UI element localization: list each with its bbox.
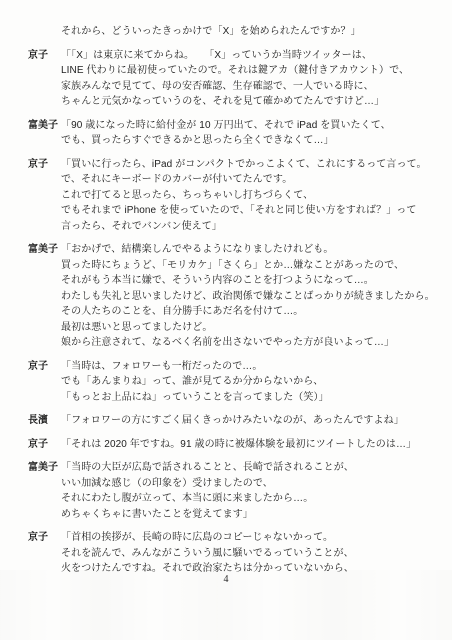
- dialogue-block: 京子「当時は、フォロワーも一桁だったので…。でも「あんまりね」って、誰が見てるか…: [0, 359, 452, 406]
- dialogue-block: 富美子「おかげで、結構楽しんでやるようになりましたけれども。買った時にちょうど、…: [0, 242, 452, 351]
- dialogue-line: いい加減な感じ（の印象を）受けましたので、: [61, 476, 452, 492]
- dialogue-line: 「おかげで、結構楽しんでやるようになりましたけれども。: [61, 242, 452, 258]
- dialogue-lines: 「「X」は東京に来てからね。 「X」っていうか当時ツイッターは、LINE 代わり…: [61, 48, 452, 110]
- dialogue-line: めちゃくちゃに書いたことを覚えてます」: [61, 507, 452, 523]
- speaker-label: 京子: [28, 530, 61, 546]
- dialogue-lines: それから、どういったきっかけで「X」を始められたんですか？」: [61, 24, 452, 40]
- dialogue-line: 「それは 2020 年ですね。91 歳の時に被爆体験を最初にツイートしたのは…」: [61, 437, 452, 453]
- dialogue-line: 言ったら、それでバンバン使えて」: [61, 219, 452, 235]
- dialogue-line: 「首相の挨拶が、長崎の時に広島のコピーじゃないかって。: [61, 530, 452, 546]
- dialogue-line: でも、買ったらすぐできるかと思ったら全くできなくて…」: [61, 133, 452, 149]
- dialogue-block: 京子「それは 2020 年ですね。91 歳の時に被爆体験を最初にツイートしたのは…: [0, 437, 452, 453]
- dialogue-line: それを読んで、みんながこういう風に騒いでるっていうことが、: [61, 546, 452, 562]
- dialogue-line: その人たちのことを、自分勝手にあだ名を付けて…。: [61, 304, 452, 320]
- dialogue-line: 娘から注意されて、なるべく名前を出さないでやった方が良いよって…」: [61, 335, 452, 351]
- dialogue-block: 京子「買いに行ったら、iPad がコンパクトでかっこよくて、これにするって言って…: [0, 157, 452, 235]
- document-page: それから、どういったきっかけで「X」を始められたんですか？」京子「「X」は東京に…: [0, 0, 452, 640]
- speaker-label: 京子: [28, 359, 61, 375]
- dialogue-block: 京子「「X」は東京に来てからね。 「X」っていうか当時ツイッターは、LINE 代…: [0, 48, 452, 110]
- dialogue-lines: 「当時は、フォロワーも一桁だったので…。でも「あんまりね」って、誰が見てるか分か…: [61, 359, 452, 406]
- dialogue-line: 最初は悪いと思ってましたけど。: [61, 320, 452, 336]
- dialogue-line: わたしも失礼と思いましたけど、政治関係で嫌なことばっかりが続きましたから。: [61, 289, 452, 305]
- dialogue-line: 家族みんなで見てて、母の安否確認、生存確認で、一人でいる時に、: [61, 79, 452, 95]
- dialogue-line: 「90 歳になった時に給付金が 10 万円出て、それで iPad を買いたくて、: [61, 118, 452, 134]
- dialogue-lines: 「首相の挨拶が、長崎の時に広島のコピーじゃないかって。それを読んで、みんながこう…: [61, 530, 452, 577]
- dialogue-lines: 「それは 2020 年ですね。91 歳の時に被爆体験を最初にツイートしたのは…」: [61, 437, 452, 453]
- speaker-label: 富美子: [28, 242, 61, 258]
- dialogue-lines: 「買いに行ったら、iPad がコンパクトでかっこよくて、これにするって言って。で…: [61, 157, 452, 235]
- dialogue-line: それがもう本当に嫌で、そういう内容のことを打つようになって…。: [61, 273, 452, 289]
- dialogue-lines: 「フォロワーの方にすごく届くきっかけみたいなのが、あったんですよね」: [61, 413, 452, 429]
- dialogue-line: ちゃんと元気かなっていうのを、それを見て確かめてたんですけど…」: [61, 94, 452, 110]
- dialogue-block: 富美子「90 歳になった時に給付金が 10 万円出て、それで iPad を買いた…: [0, 118, 452, 149]
- speaker-label: 京子: [28, 157, 61, 173]
- transcript: それから、どういったきっかけで「X」を始められたんですか？」京子「「X」は東京に…: [0, 24, 452, 585]
- dialogue-line: 「当時の大臣が広島で話されることと、長崎で話されることが、: [61, 460, 452, 476]
- dialogue-line: それにわたし腹が立って、本当に頭に来ましたから…。: [61, 491, 452, 507]
- dialogue-line: それから、どういったきっかけで「X」を始められたんですか？」: [61, 24, 452, 40]
- dialogue-lines: 「90 歳になった時に給付金が 10 万円出て、それで iPad を買いたくて、…: [61, 118, 452, 149]
- dialogue-block: 京子「首相の挨拶が、長崎の時に広島のコピーじゃないかって。それを読んで、みんなが…: [0, 530, 452, 577]
- speaker-label: 京子: [28, 437, 61, 453]
- dialogue-line: LINE 代わりに最初使っていたので。それは鍵アカ（鍵付きアカウント）で、: [61, 63, 452, 79]
- dialogue-line: 「買いに行ったら、iPad がコンパクトでかっこよくて、これにするって言って。: [61, 157, 452, 173]
- dialogue-line: でもそれまで iPhone を使っていたので、「それと同じ使い方をすれば？」って: [61, 203, 452, 219]
- dialogue-line: で、それにキーボードのカバーが付いてたんです。: [61, 172, 452, 188]
- speaker-label: 富美子: [28, 460, 61, 476]
- dialogue-line: 「もっとお上品にね」っていうことを言ってました（笑）」: [61, 390, 452, 406]
- speaker-label: 長濱: [28, 413, 61, 429]
- dialogue-block: 長濱「フォロワーの方にすごく届くきっかけみたいなのが、あったんですよね」: [0, 413, 452, 429]
- speaker-label: 富美子: [28, 118, 61, 134]
- dialogue-block: 富美子「当時の大臣が広島で話されることと、長崎で話されることが、いい加減な感じ（…: [0, 460, 452, 522]
- dialogue-line: 「フォロワーの方にすごく届くきっかけみたいなのが、あったんですよね」: [61, 413, 452, 429]
- dialogue-line: 買った時にちょうど、「モリカケ」「さくら」とか…嫌なことがあったので、: [61, 258, 452, 274]
- dialogue-line: 「「X」は東京に来てからね。 「X」っていうか当時ツイッターは、: [61, 48, 452, 64]
- dialogue-line: これで打てると思ったら、ちっちゃいし打ちづらくて、: [61, 188, 452, 204]
- dialogue-lines: 「おかげで、結構楽しんでやるようになりましたけれども。買った時にちょうど、「モリ…: [61, 242, 452, 351]
- dialogue-block: それから、どういったきっかけで「X」を始められたんですか？」: [0, 24, 452, 40]
- speaker-label: 京子: [28, 48, 61, 64]
- page-number: 4: [0, 574, 452, 585]
- dialogue-line: 「当時は、フォロワーも一桁だったので…。: [61, 359, 452, 375]
- dialogue-lines: 「当時の大臣が広島で話されることと、長崎で話されることが、いい加減な感じ（の印象…: [61, 460, 452, 522]
- dialogue-line: でも「あんまりね」って、誰が見てるか分からないから、: [61, 374, 452, 390]
